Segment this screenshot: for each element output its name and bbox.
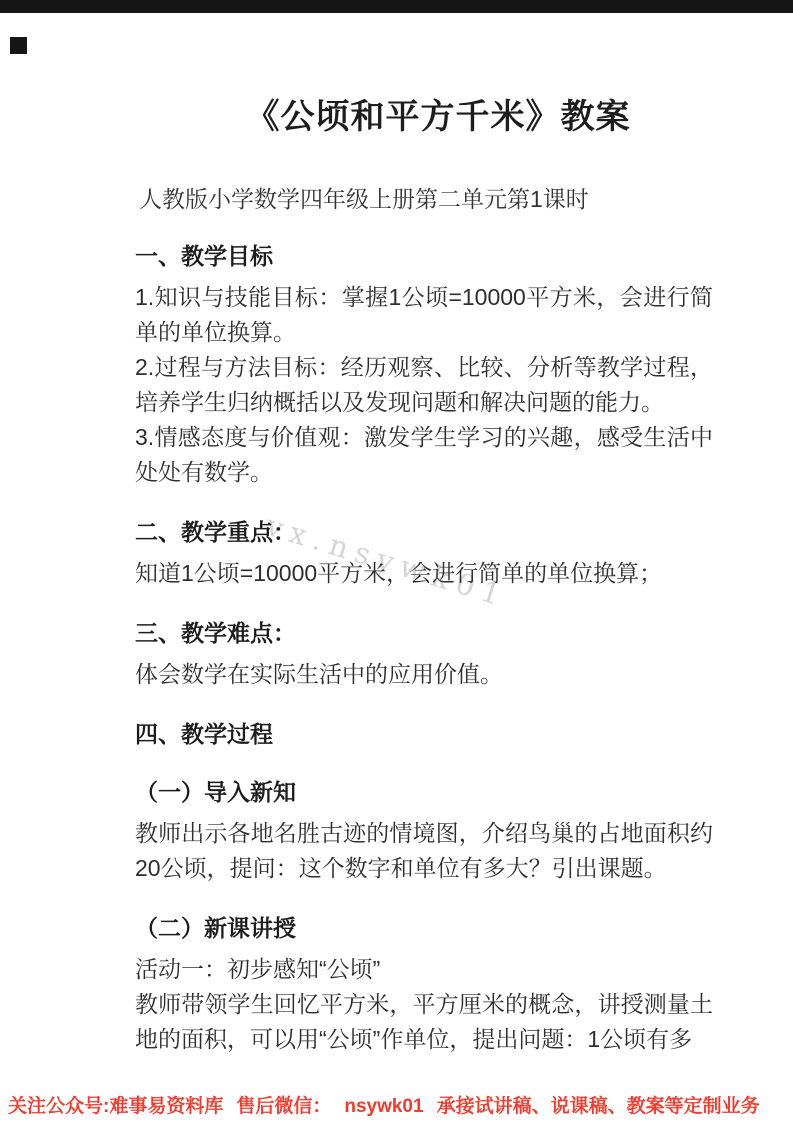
document-body: 《公顷和平方千米》教案 人教版小学数学四年级上册第二单元第1课时 一、教学目标 … [0,0,793,1057]
section-paragraph: 知道1公顷=10000平方米，会进行简单的单位换算； [135,556,713,591]
sections-container: 一、教学目标 1.知识与技能目标：掌握1公顷=10000平方米，会进行简单的单位… [135,240,713,1057]
document-title: 《公顷和平方千米》教案 [135,0,713,137]
section-paragraph: 教师出示各地名胜古迹的情境图，介绍鸟巢的占地面积约20公顷，提问：这个数字和单位… [135,816,713,886]
section-paragraph: 1.知识与技能目标：掌握1公顷=10000平方米，会进行简单的单位换算。 [135,280,713,350]
document-subtitle: 人教版小学数学四年级上册第二单元第1课时 [135,184,713,214]
document-section: 一、教学目标 1.知识与技能目标：掌握1公顷=10000平方米，会进行简单的单位… [135,240,713,490]
footer-wechat-label: 售后微信： [236,1095,331,1119]
section-heading: 二、教学重点： [135,516,713,548]
document-section: 三、教学难点： 体会数学在实际生活中的应用价值。 [135,617,713,692]
section-heading: （一）导入新知 [135,776,713,808]
document-page: vx.nsywk01 《公顷和平方千米》教案 人教版小学数学四年级上册第二单元第… [0,0,793,1122]
footer-follow-text: 关注公众号:难事易资料库 [8,1095,223,1119]
section-paragraph: 2.过程与方法目标：经历观察、比较、分析等教学过程，培养学生归纳概括以及发现问题… [135,350,713,420]
document-section: 二、教学重点： 知道1公顷=10000平方米，会进行简单的单位换算； [135,516,713,591]
section-heading: 四、教学过程 [135,718,713,750]
document-section: （一）导入新知 教师出示各地名胜古迹的情境图，介绍鸟巢的占地面积约20公顷，提问… [135,776,713,886]
section-paragraph: 体会数学在实际生活中的应用价值。 [135,657,713,692]
section-paragraph: 3.情感态度与价值观：激发学生学习的兴趣，感受生活中处处有数学。 [135,420,713,490]
section-paragraph: 教师带领学生回忆平方米，平方厘米的概念，讲授测量土地的面积，可以用“公顷”作单位… [135,987,713,1057]
document-section: 四、教学过程 [135,718,713,750]
document-section: （二）新课讲授 活动一：初步感知“公顷” 教师带领学生回忆平方米，平方厘米的概念… [135,912,713,1057]
footer-wechat-id: nsywk01 [344,1095,423,1119]
section-heading: （二）新课讲授 [135,912,713,944]
footer-services-text: 承接试讲稿、说课稿、教案等定制业务 [437,1095,760,1119]
footer-banner: 关注公众号:难事易资料库 售后微信： nsywk01 承接试讲稿、说课稿、教案等… [0,1095,793,1119]
section-heading: 一、教学目标 [135,240,713,272]
section-heading: 三、教学难点： [135,617,713,649]
section-paragraph: 活动一：初步感知“公顷” [135,952,713,987]
